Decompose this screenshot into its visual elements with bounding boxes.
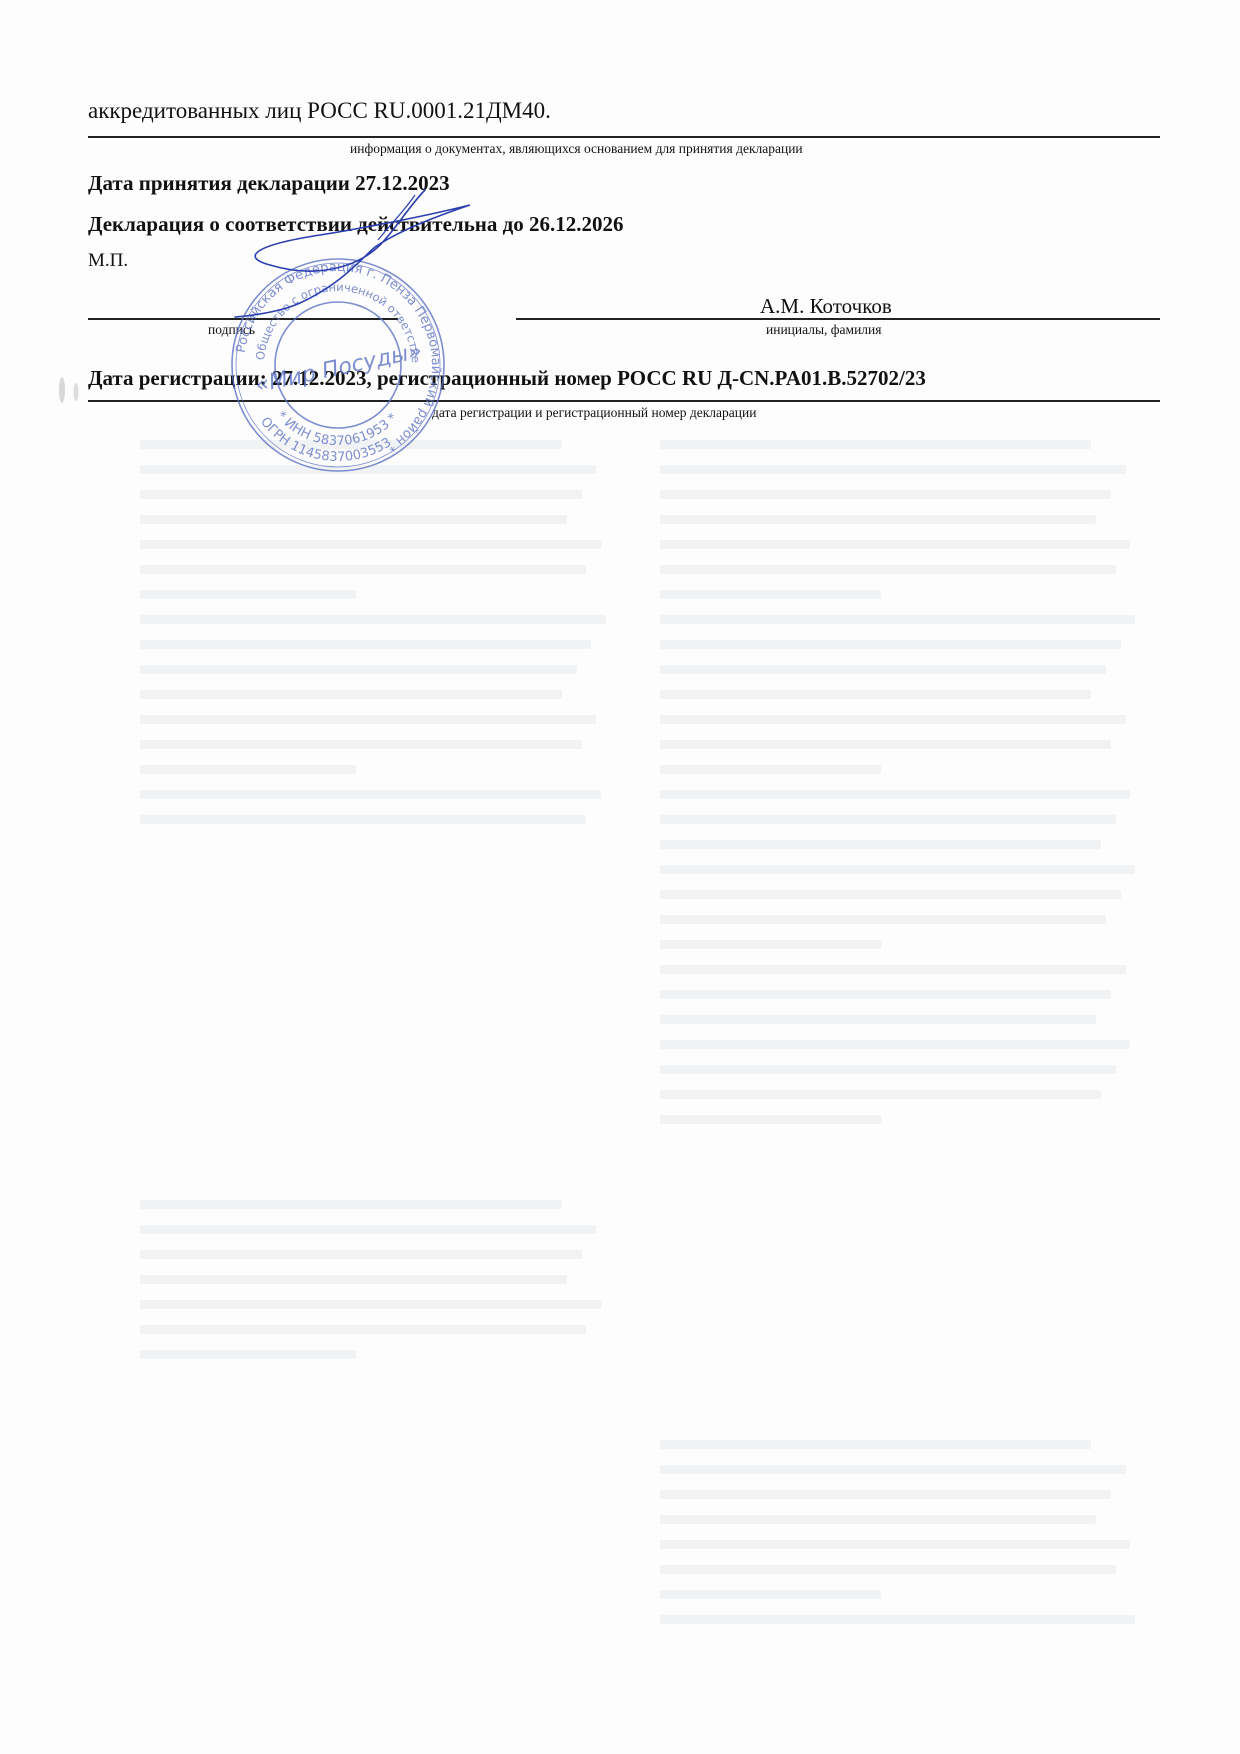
- handwritten-signature: [200, 185, 500, 320]
- name-line: [516, 318, 1160, 320]
- seal-mark: М.П.: [88, 250, 128, 272]
- signer-name: А.М. Коточков: [760, 294, 892, 319]
- basis-caption: информация о документах, являющихся осно…: [350, 141, 803, 157]
- name-caption: инициалы, фамилия: [766, 322, 881, 338]
- registration-line: Дата регистрации: 27.12.2023, регистраци…: [88, 366, 926, 391]
- registration-caption: дата регистрации и регистрационный номер…: [432, 405, 756, 421]
- divider: [88, 136, 1160, 138]
- reverse-side-bleed-through: [0, 0, 1240, 1754]
- svg-text:«Мир Посуды»: «Мир Посуды»: [253, 339, 424, 399]
- accreditation-line: аккредитованных лиц РОСС RU.0001.21ДМ40.: [88, 98, 551, 124]
- scan-smudge: [52, 372, 92, 408]
